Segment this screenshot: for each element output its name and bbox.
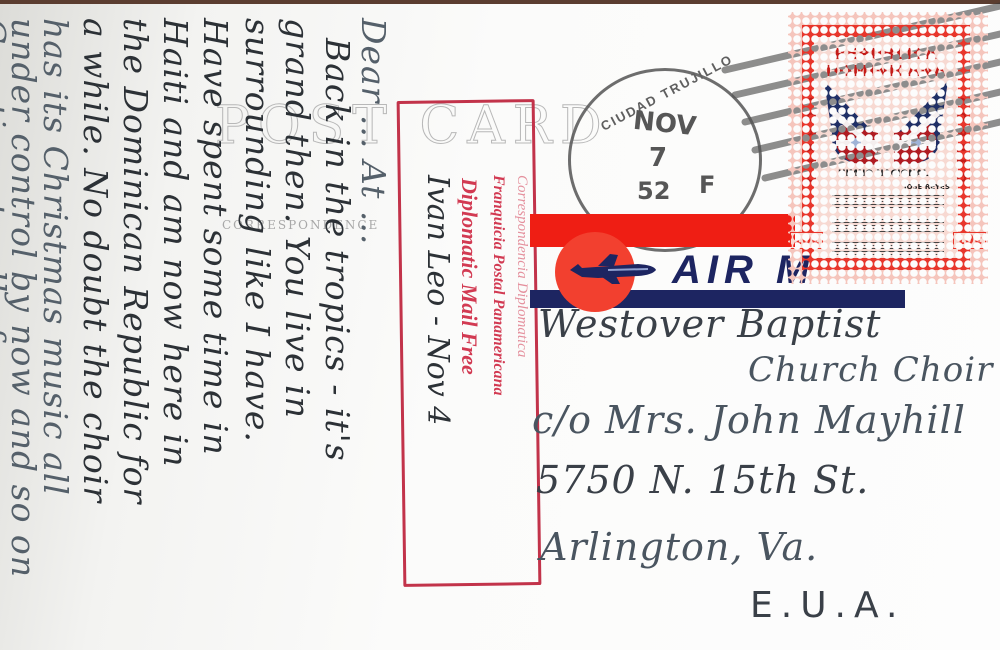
stamp-denomination-left: 10¢ <box>790 232 823 249</box>
postage-stamp: REPUBLICA DOMINICANA CORREO CORREO HIMNO… <box>788 12 988 284</box>
address-line-2: Church Choir <box>748 350 993 390</box>
stamp-composer: JOSE REYES <box>904 183 950 191</box>
stamp-country-line1: REPUBLICA <box>814 45 958 63</box>
message-line: a while. No doubt the choir <box>76 18 114 503</box>
stamp-side-text-left: CORREO <box>804 97 818 189</box>
address-line-6: E.U.A. <box>750 585 905 626</box>
handwritten-dateline: Ivan Leo - Nov 4 <box>420 175 455 425</box>
diplomatic-line-1: Correspondencia Diplomatica <box>513 175 530 357</box>
postmark-day: 7 <box>649 143 667 173</box>
stamp-denomination-right: 10¢ <box>953 232 986 249</box>
message-line: Greetings to all of you. <box>0 18 12 425</box>
stamp-frame: REPUBLICA DOMINICANA CORREO CORREO HIMNO… <box>802 25 970 270</box>
address-line-5: Arlington, Va. <box>540 525 818 569</box>
message-line: the Dominican Republic for <box>116 18 154 504</box>
postmark-suffix: F <box>699 171 715 199</box>
postmark-year: 52 <box>637 177 670 205</box>
address-line-1: Westover Baptist <box>538 302 881 346</box>
diplomatic-line-2: Franquicia Postal Panamericana <box>489 175 507 395</box>
address-line-4: 5750 N. 15th St. <box>536 458 869 502</box>
crossed-flags-icon <box>820 77 952 169</box>
message-line: grand then. You live in <box>278 18 316 419</box>
message-line: Have spent some time in <box>196 18 234 456</box>
message-line: surrounding like I have. <box>238 18 276 443</box>
address-line-3: c/o Mrs. John Mayhill <box>532 398 966 442</box>
postmark-month: NOV <box>632 106 698 142</box>
music-staff <box>832 240 944 256</box>
message-line: Haiti and am now here in <box>156 18 194 468</box>
music-staff <box>832 193 944 209</box>
airplane-icon <box>568 250 658 286</box>
diplomatic-line-3: Diplomatic Mail Free <box>456 178 482 375</box>
postcard-back: POST CARD CORRESPONDENCE Dear ... At ...… <box>0 0 1000 650</box>
stamp-hymn-title: HIMNO NACIONAL <box>838 169 929 179</box>
stamp-side-text-right: CORREO <box>954 97 968 189</box>
music-staff <box>832 217 944 233</box>
message-line: Back in the tropics - it's <box>318 38 356 462</box>
message-flourish: Dear ... At ... <box>354 18 392 245</box>
